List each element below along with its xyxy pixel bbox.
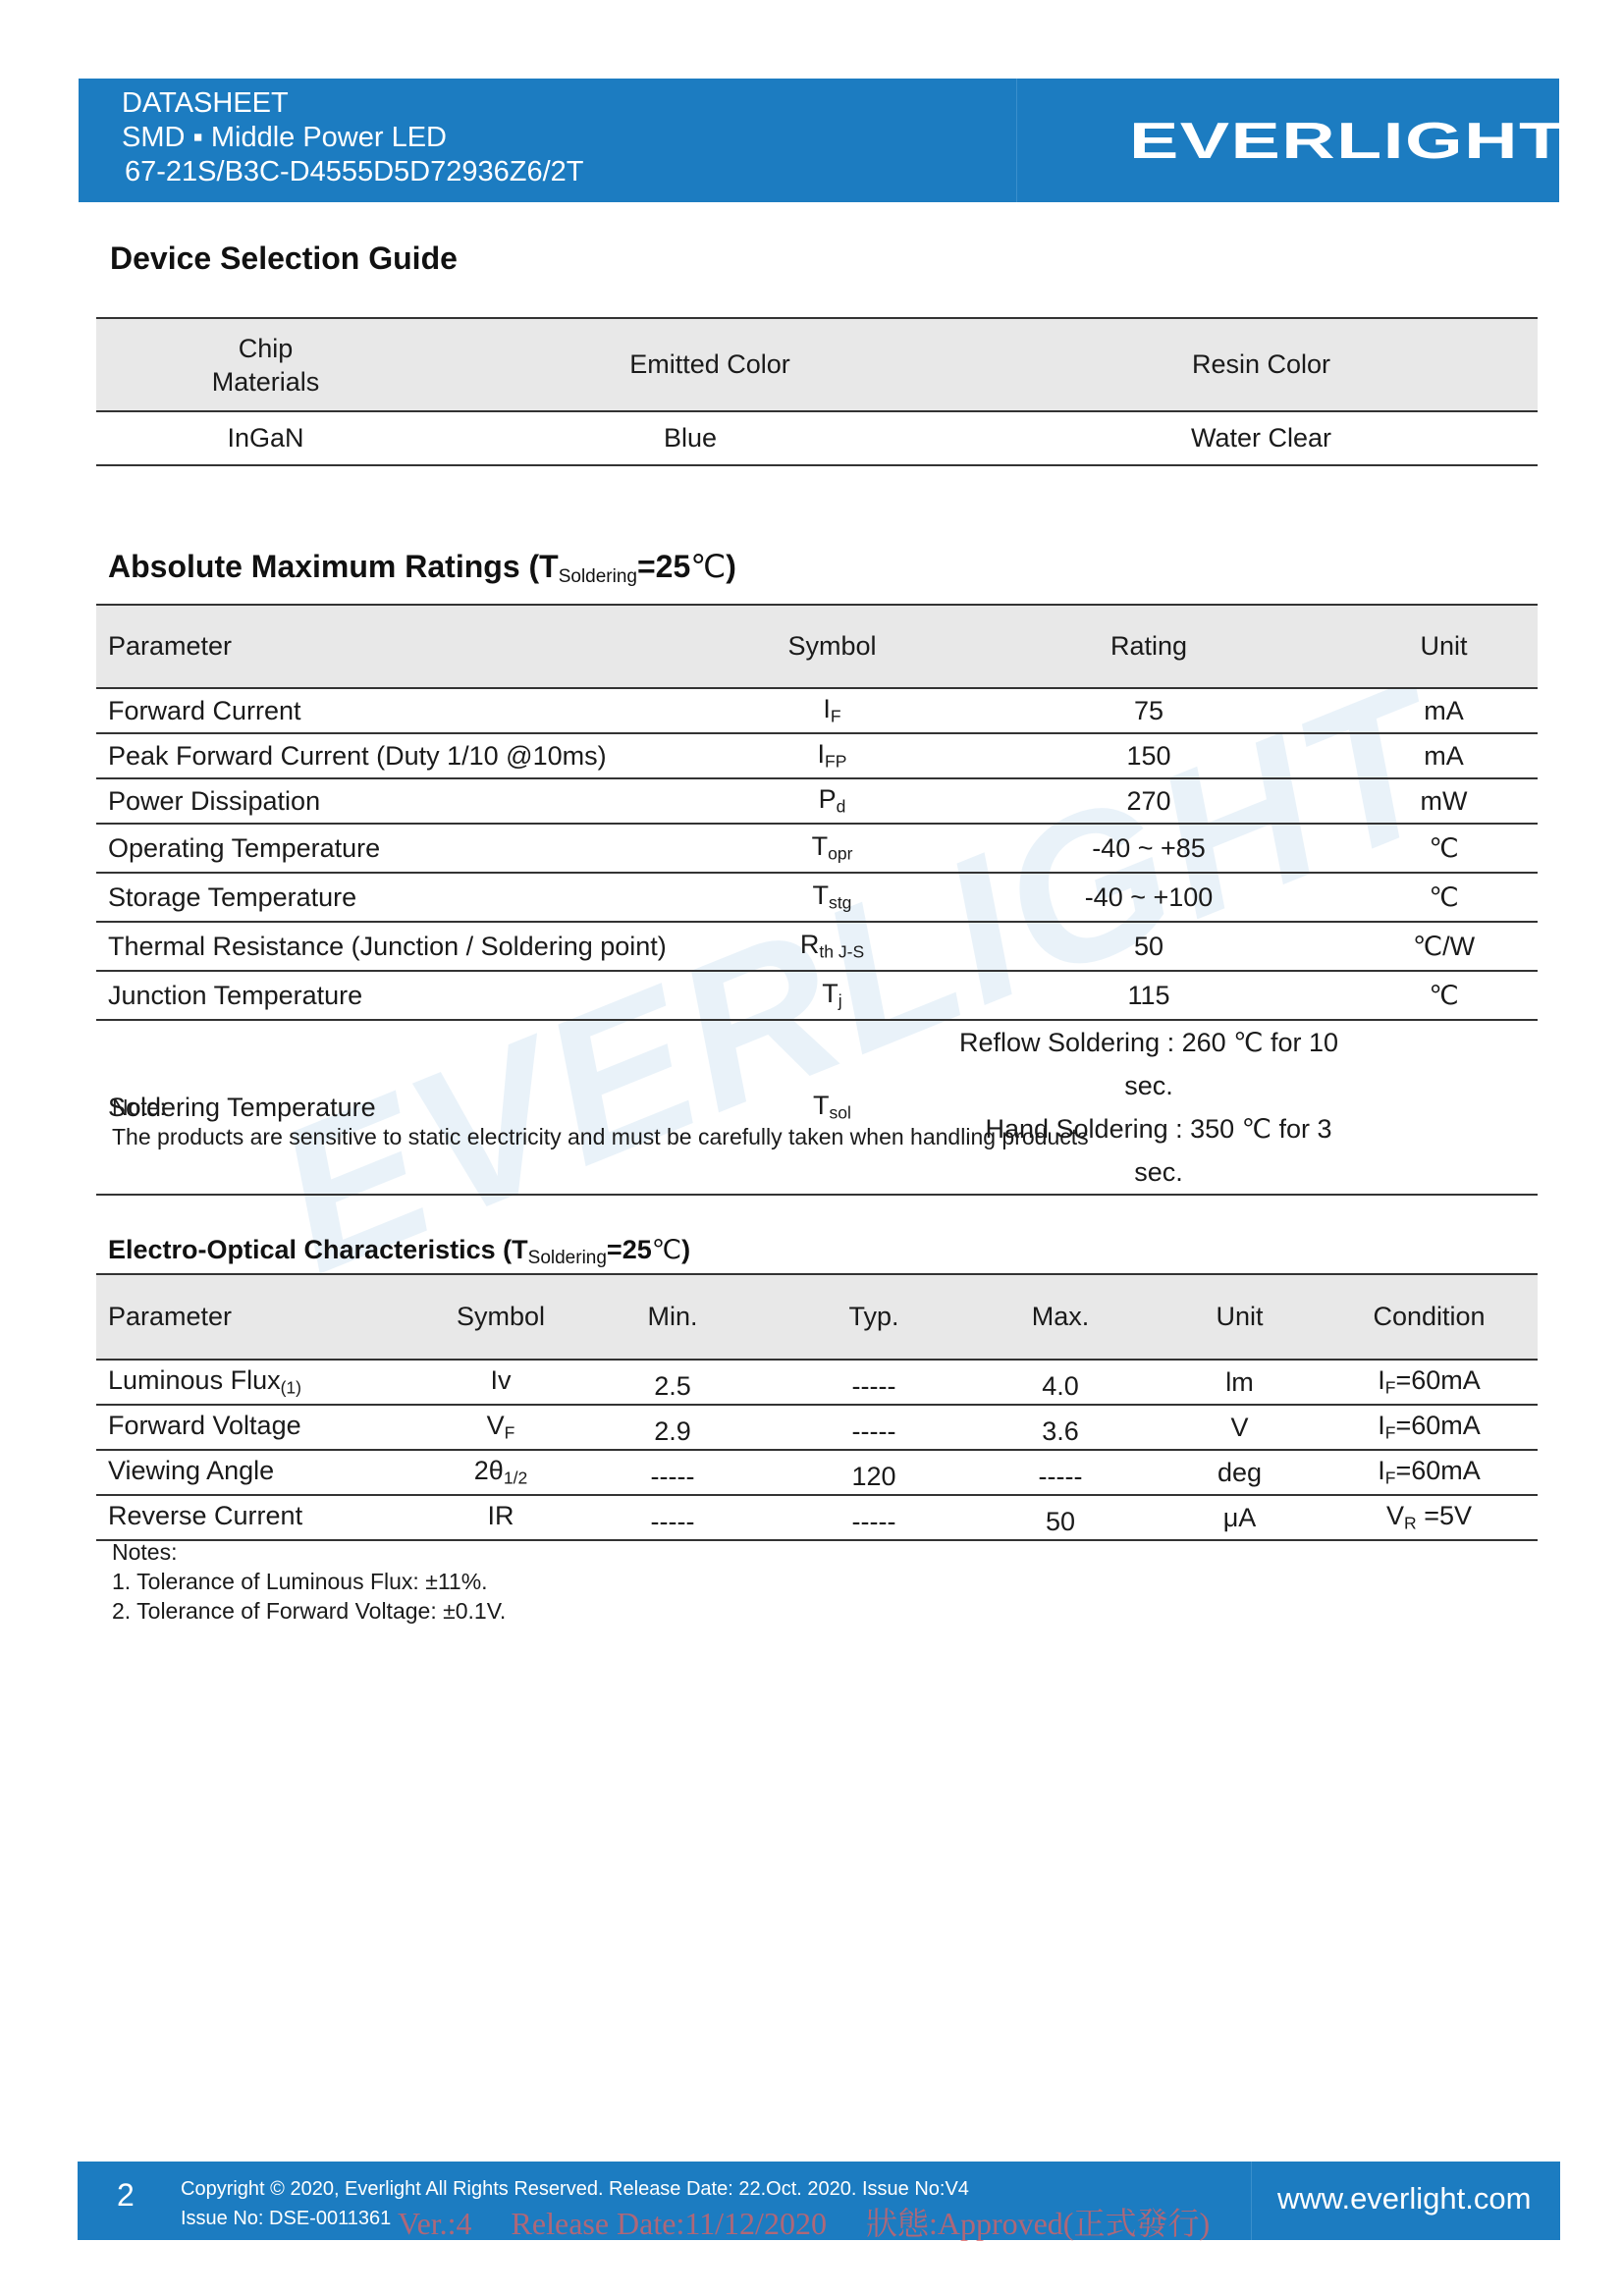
cell-typ: ----- xyxy=(785,1495,962,1540)
cell-parameter: Viewing Angle xyxy=(96,1450,442,1495)
approval-stamp: Ver.:4 Release Date:11/12/2020 狀態:Approv… xyxy=(398,2199,1210,2244)
col-emitted-color: Emitted Color xyxy=(435,318,985,411)
cell-condition: VR =5V xyxy=(1321,1495,1538,1540)
col-symbol: Symbol xyxy=(442,1274,560,1360)
cell-rating: -40 ~ +100 xyxy=(947,873,1350,922)
note-1: 1. Tolerance of Luminous Flux: ±11%. xyxy=(112,1567,506,1596)
table-row: Forward CurrentIF75mA xyxy=(96,688,1538,733)
cell-unit: ℃ xyxy=(1350,824,1538,873)
cell-parameter: Peak Forward Current (Duty 1/10 @10ms) xyxy=(96,733,717,778)
table-row: Viewing Angle2θ1/2-----120-----degIF=60m… xyxy=(96,1450,1538,1495)
cell-unit: mA xyxy=(1350,688,1538,733)
page-number: 2 xyxy=(117,2177,135,2214)
cell-symbol: Rth J-S xyxy=(717,922,947,971)
cell-unit: mA xyxy=(1350,733,1538,778)
cell-unit: mW xyxy=(1350,778,1538,824)
cell-unit: μA xyxy=(1159,1495,1321,1540)
cell-parameter: Storage Temperature xyxy=(96,873,717,922)
cell-symbol: VF xyxy=(442,1405,560,1450)
table-row: Peak Forward Current (Duty 1/10 @10ms)IF… xyxy=(96,733,1538,778)
device-selection-title: Device Selection Guide xyxy=(110,240,458,277)
table-row: InGaN Blue Water Clear xyxy=(96,411,1538,465)
table-row: Reverse CurrentIR----------50μAVR =5V xyxy=(96,1495,1538,1540)
device-selection-table: Chip Materials Emitted Color Resin Color… xyxy=(96,317,1538,466)
table-row: Power DissipationPd270mW xyxy=(96,778,1538,824)
cell-symbol: Topr xyxy=(717,824,947,873)
cell-emitted: Blue xyxy=(435,411,985,465)
cell-max: 4.0 xyxy=(962,1360,1159,1405)
col-unit: Unit xyxy=(1159,1274,1321,1360)
header-chip: Chip xyxy=(239,334,294,363)
notes-label: Notes: xyxy=(112,1537,506,1567)
table-row: Thermal Resistance (Junction / Soldering… xyxy=(96,922,1538,971)
col-unit: Unit xyxy=(1350,605,1538,688)
cell-max: ----- xyxy=(962,1450,1159,1495)
abs-max-title: Absolute Maximum Ratings (TSoldering=25℃… xyxy=(108,548,736,588)
cell-rating: 150 xyxy=(947,733,1350,778)
note-text: The products are sensitive to static ele… xyxy=(112,1122,1089,1151)
cell-min: 2.5 xyxy=(560,1360,785,1405)
cell-parameter: Junction Temperature xyxy=(96,971,717,1020)
cell-max: 3.6 xyxy=(962,1405,1159,1450)
cell-chip: InGaN xyxy=(96,411,435,465)
header-materials: Materials xyxy=(212,367,320,397)
electro-optical-notes: Notes: 1. Tolerance of Luminous Flux: ±1… xyxy=(112,1537,506,1626)
cell-unit: ℃/W xyxy=(1350,922,1538,971)
table-header-row: Chip Materials Emitted Color Resin Color xyxy=(96,318,1538,411)
col-symbol: Symbol xyxy=(717,605,947,688)
col-min: Min. xyxy=(560,1274,785,1360)
cell-condition: IF=60mA xyxy=(1321,1450,1538,1495)
table-row: Forward VoltageVF2.9-----3.6VIF=60mA xyxy=(96,1405,1538,1450)
cell-symbol: Iv xyxy=(442,1360,560,1405)
cell-symbol: Tstg xyxy=(717,873,947,922)
cell-symbol: IF xyxy=(717,688,947,733)
electro-optical-title: Electro-Optical Characteristics (TSolder… xyxy=(108,1235,690,1269)
cell-resin: Water Clear xyxy=(985,411,1538,465)
product-category: SMD ▪ Middle Power LED xyxy=(122,121,584,155)
col-chip-materials: Chip Materials xyxy=(96,318,435,411)
col-typ: Typ. xyxy=(785,1274,962,1360)
cell-condition: IF=60mA xyxy=(1321,1405,1538,1450)
footer-divider xyxy=(1251,2162,1252,2240)
cell-rating: -40 ~ +85 xyxy=(947,824,1350,873)
everlight-logo: EVERLIGHT xyxy=(1129,116,1566,167)
electro-optical-table: Parameter Symbol Min. Typ. Max. Unit Con… xyxy=(96,1273,1538,1541)
cell-symbol: 2θ1/2 xyxy=(442,1450,560,1495)
cell-parameter: Operating Temperature xyxy=(96,824,717,873)
website-link[interactable]: www.everlight.com xyxy=(1277,2181,1531,2216)
cell-parameter: Forward Voltage xyxy=(96,1405,442,1450)
cell-typ: 120 xyxy=(785,1450,962,1495)
cell-rating: 270 xyxy=(947,778,1350,824)
cell-typ: ----- xyxy=(785,1360,962,1405)
cell-rating: 75 xyxy=(947,688,1350,733)
cell-typ: ----- xyxy=(785,1405,962,1450)
table-row: Storage TemperatureTstg-40 ~ +100℃ xyxy=(96,873,1538,922)
col-resin-color: Resin Color xyxy=(985,318,1538,411)
table-row: Junction TemperatureTj115℃ xyxy=(96,971,1538,1020)
cell-min: ----- xyxy=(560,1450,785,1495)
cell-max: 50 xyxy=(962,1495,1159,1540)
col-rating: Rating xyxy=(947,605,1350,688)
cell-parameter: Luminous Flux(1) xyxy=(96,1360,442,1405)
col-condition: Condition xyxy=(1321,1274,1538,1360)
cell-min: ----- xyxy=(560,1495,785,1540)
header-banner: DATASHEET SMD ▪ Middle Power LED 67-21S/… xyxy=(79,79,1559,202)
cell-rating: 115 xyxy=(947,971,1350,1020)
table-header-row: Parameter Symbol Rating Unit xyxy=(96,605,1538,688)
header-divider xyxy=(1016,79,1017,202)
col-max: Max. xyxy=(962,1274,1159,1360)
cell-rating: 50 xyxy=(947,922,1350,971)
table-header-row: Parameter Symbol Min. Typ. Max. Unit Con… xyxy=(96,1274,1538,1360)
header-text: DATASHEET SMD ▪ Middle Power LED 67-21S/… xyxy=(122,86,584,189)
cell-unit: V xyxy=(1159,1405,1321,1450)
note-label: Note: xyxy=(112,1093,1089,1122)
abs-max-note: Note: The products are sensitive to stat… xyxy=(112,1093,1089,1151)
doc-type: DATASHEET xyxy=(122,86,584,121)
cell-condition: IF=60mA xyxy=(1321,1360,1538,1405)
table-row: Luminous Flux(1)Iv2.5-----4.0lmIF=60mA xyxy=(96,1360,1538,1405)
cell-min: 2.9 xyxy=(560,1405,785,1450)
cell-unit: deg xyxy=(1159,1450,1321,1495)
col-parameter: Parameter xyxy=(96,1274,442,1360)
cell-symbol: Tj xyxy=(717,971,947,1020)
table-row: Operating TemperatureTopr-40 ~ +85℃ xyxy=(96,824,1538,873)
cell-symbol: IR xyxy=(442,1495,560,1540)
cell-symbol: IFP xyxy=(717,733,947,778)
cell-symbol: Pd xyxy=(717,778,947,824)
cell-unit: lm xyxy=(1159,1360,1321,1405)
cell-parameter: Forward Current xyxy=(96,688,717,733)
cell-parameter: Thermal Resistance (Junction / Soldering… xyxy=(96,922,717,971)
cell-unit: ℃ xyxy=(1350,971,1538,1020)
cell-parameter: Reverse Current xyxy=(96,1495,442,1540)
cell-unit xyxy=(1350,1020,1538,1195)
cell-parameter: Power Dissipation xyxy=(96,778,717,824)
note-2: 2. Tolerance of Forward Voltage: ±0.1V. xyxy=(112,1596,506,1626)
cell-unit: ℃ xyxy=(1350,873,1538,922)
part-number: 67-21S/B3C-D4555D5D72936Z6/2T xyxy=(125,155,584,189)
col-parameter: Parameter xyxy=(96,605,717,688)
